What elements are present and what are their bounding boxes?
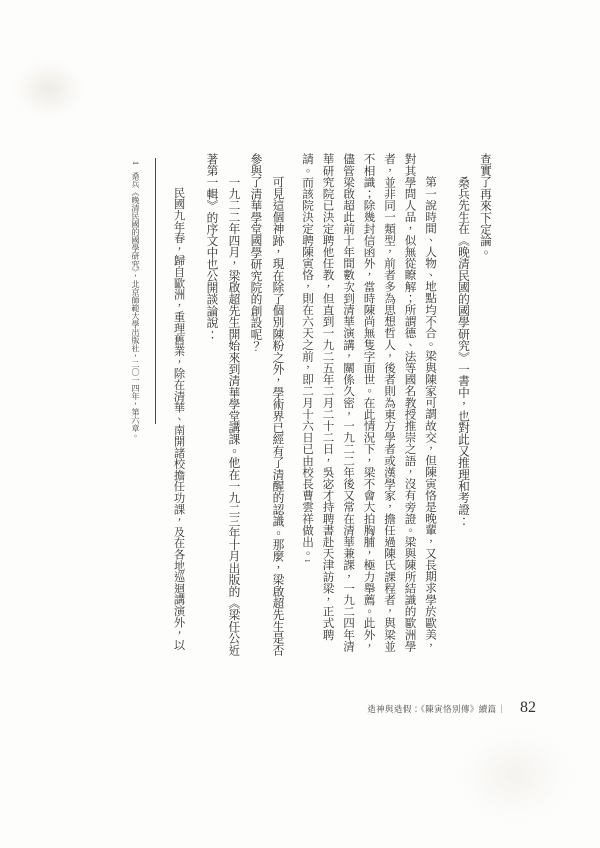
footnote-text: 桑兵《晚清民國的國學研究》，北京師範大學出版社，二〇一四年，第六章。 — [131, 172, 140, 440]
book-page: 查實了再來下定論。 桑兵先生在《晚清民國的國學研究》一書中，也對此又推理和考證：… — [0, 0, 600, 848]
quote-text: 第一說時間、人物、地點均不合。梁與陳家可謂故交，但陳寅恪是晚輩，又長期求學於歐美… — [301, 153, 437, 652]
footnote: 1桑兵《晚清民國的國學研究》，北京師範大學出版社，二〇一四年，第六章。 — [128, 161, 142, 481]
footer-separator: ｜ — [497, 705, 506, 717]
block-quote: 第一說時間、人物、地點均不合。梁與陳家可謂故交，但陳寅恪是晚輩，又長期求學於歐美… — [297, 153, 441, 662]
footnote-marker: 1 — [131, 161, 140, 165]
running-title: 造神與造假：《陳寅恪別傳》續篇 — [367, 705, 496, 717]
footnote-ref-marker: 1 — [303, 559, 311, 563]
paragraph-continuation: 查實了再來下定論。 — [474, 153, 496, 662]
scan-stain — [14, 60, 84, 118]
paragraph: 一九二二年四月，梁啟超先生開始來到清華學堂講課。他在一九二三年十月出版的《梁任公… — [201, 153, 245, 662]
page-number: 82 — [520, 700, 536, 716]
body-text: 查實了再來下定論。 桑兵先生在《晚清民國的國學研究》一書中，也對此又推理和考證：… — [168, 153, 497, 662]
paragraph: 可見這個神跡，現在除了個別陳粉之外，學術界已經有了清醒的認識。那麼，梁啟超先生是… — [245, 153, 289, 662]
paragraph: 桑兵先生在《晚清民國的國學研究》一書中，也對此又推理和考證： — [452, 153, 474, 662]
block-quote: 民國九年春，歸自歐洲，重理舊業，除在清華、南開諸校擔任功課，及在各地巡迴講演外，… — [168, 153, 189, 662]
page-footer: 造神與造假：《陳寅恪別傳》續篇 ｜ 82 — [367, 700, 536, 716]
footnote-separator-rule — [155, 158, 156, 424]
scan-stain — [460, 730, 570, 820]
